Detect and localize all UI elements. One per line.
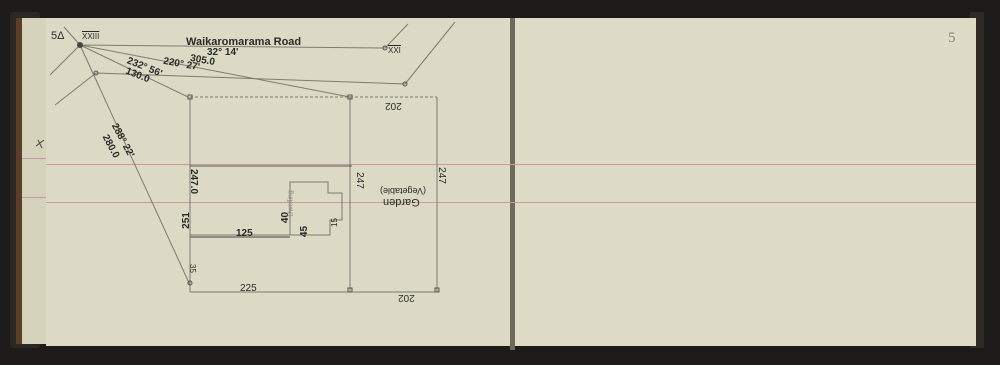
house-small: 15 bbox=[330, 218, 339, 227]
house-label: Dwelling bbox=[288, 190, 295, 216]
house-depth-2: 45 bbox=[299, 226, 310, 237]
measure-left-upper: 247.0 bbox=[188, 169, 199, 194]
garden-label: Garden bbox=[383, 196, 420, 208]
station-start-label: XXIII bbox=[82, 32, 99, 41]
measure-top-right: 202 bbox=[385, 100, 402, 111]
page-number: 5 bbox=[948, 30, 956, 47]
measure-right-vertical: 247 bbox=[436, 167, 447, 184]
road-name: Waikaromarama Road bbox=[186, 36, 301, 48]
survey-sketch bbox=[0, 0, 1000, 365]
measure-bottom-left: 225 bbox=[240, 283, 257, 294]
corner-label: 5Δ bbox=[51, 30, 64, 42]
measure-middle-vertical: 247 bbox=[354, 172, 365, 189]
measure-bottom-right: 202 bbox=[398, 292, 415, 303]
measure-short-leg: 35 bbox=[188, 264, 197, 273]
measure-left-lower: 251 bbox=[181, 212, 192, 229]
station-end-label: XXI bbox=[388, 46, 401, 55]
garden-sublabel: (Vegetable) bbox=[380, 186, 426, 196]
house-width: 125 bbox=[236, 228, 253, 239]
